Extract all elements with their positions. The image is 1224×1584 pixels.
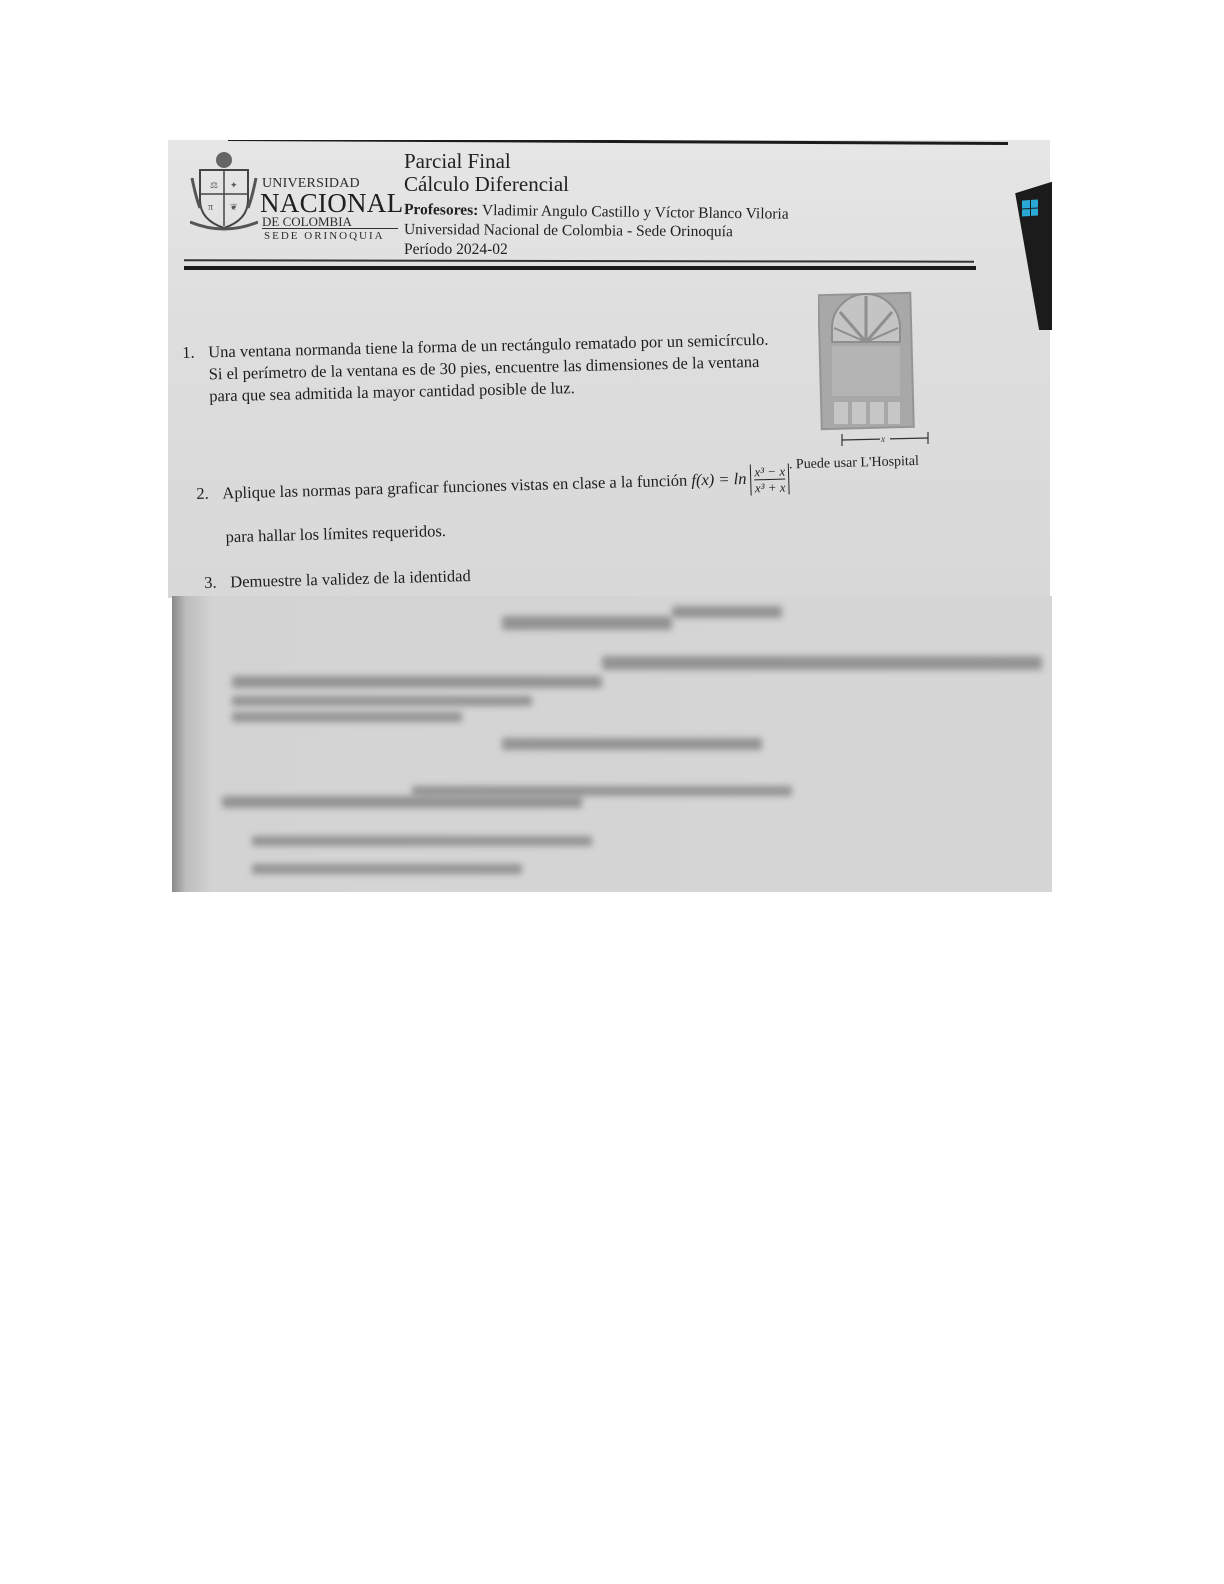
svg-text:❦: ❦ <box>230 202 238 212</box>
question-1: 1.Una ventana normanda tiene la forma de… <box>182 329 770 408</box>
question-number: 3. <box>204 571 231 594</box>
svg-text:π: π <box>208 202 213 213</box>
exam-photo: ⚖ ✦ π ❦ UNIVERSIDAD NACIONAL DE COLOMBIA… <box>168 140 1052 894</box>
formula-fraction: x³ − xx³ + x <box>750 463 790 495</box>
windows-logo-icon <box>1022 199 1038 216</box>
formula-denominator: x³ + x <box>755 480 786 496</box>
formula-lhs: f(x) = ln <box>691 469 747 490</box>
norman-window-icon: x <box>818 290 934 450</box>
formula-numerator: x³ − x <box>754 464 785 481</box>
institution-line: Universidad Nacional de Colombia - Sede … <box>404 220 789 243</box>
exam-subject: Cálculo Diferencial <box>404 172 789 196</box>
norman-window-figure: x <box>818 290 934 450</box>
exam-header: Parcial Final Cálculo Diferencial Profes… <box>404 150 789 260</box>
question-number: 1. <box>182 341 208 364</box>
university-logo: ⚖ ✦ π ❦ UNIVERSIDAD NACIONAL DE COLOMBIA… <box>190 148 420 240</box>
question-number: 2. <box>196 483 223 506</box>
svg-text:x: x <box>880 434 885 444</box>
svg-text:✦: ✦ <box>230 180 238 190</box>
svg-text:⚖: ⚖ <box>210 180 218 190</box>
blurred-region <box>172 596 1052 892</box>
university-crest-icon: ⚖ ✦ π ❦ <box>190 148 258 232</box>
period-line: Período 2024-02 <box>404 240 789 260</box>
logo-divider <box>262 228 398 229</box>
exam-title: Parcial Final <box>404 150 789 172</box>
header-rule-thick <box>184 266 976 270</box>
professors-names: Vladimir Angulo Castillo y Víctor Blanco… <box>482 202 789 223</box>
professors-label: Profesores: <box>404 201 479 219</box>
question-text: . Puede usar L'Hospital <box>789 454 919 473</box>
question-text: Demuestre la validez de la identidad <box>230 566 471 591</box>
logo-line-sede: SEDE ORINOQUIA <box>264 230 385 242</box>
